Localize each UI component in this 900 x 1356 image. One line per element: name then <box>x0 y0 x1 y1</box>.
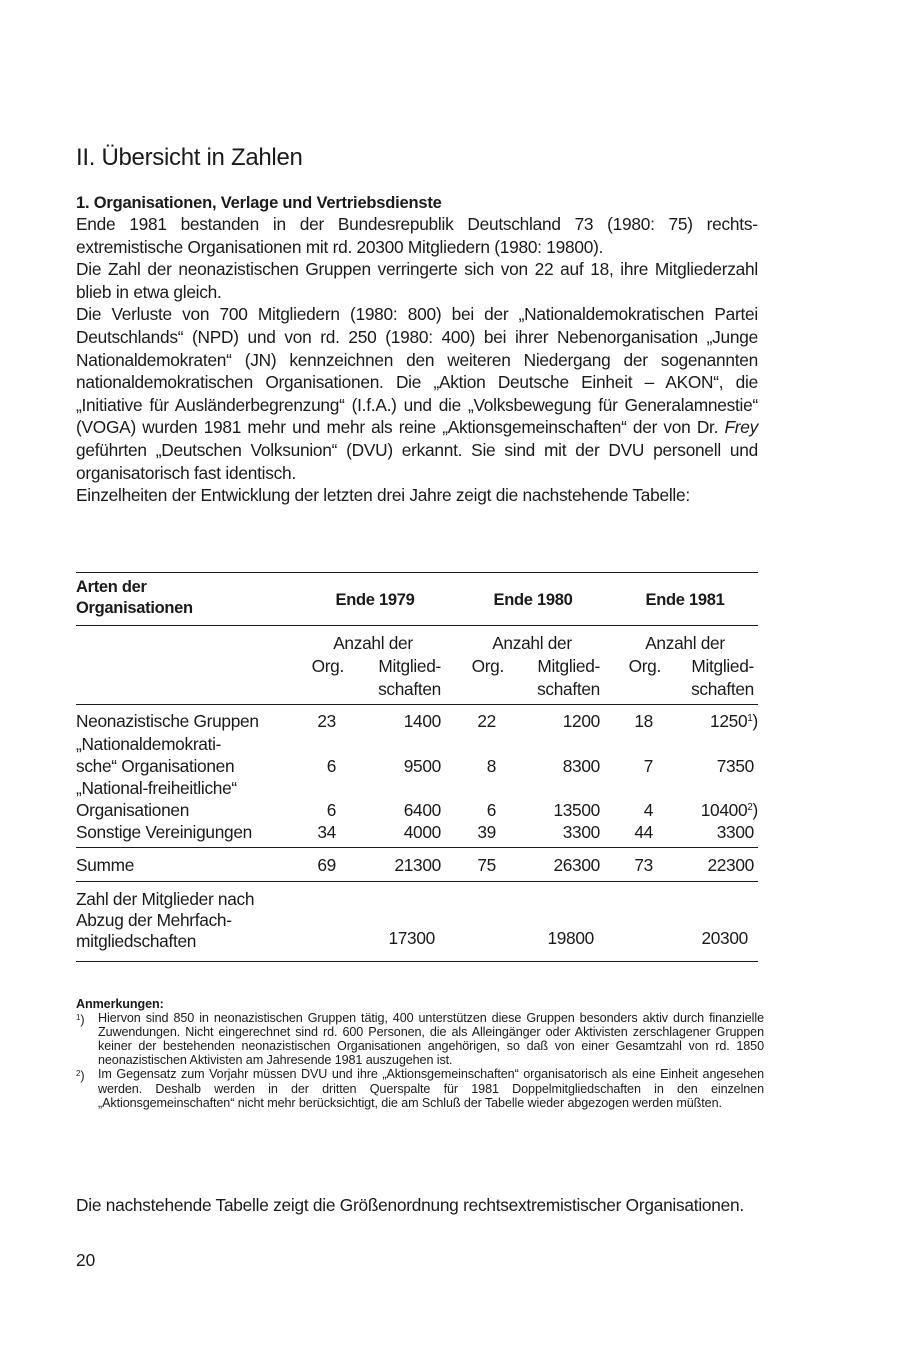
person-name: Frey <box>724 417 758 437</box>
row-label: Organisationen <box>76 799 189 821</box>
row-label: Zahl der Mitglieder nach <box>76 888 254 910</box>
section-title: 1. Organisationen, Verlage und Vertriebs… <box>76 194 442 213</box>
org-count: 34 <box>216 821 336 843</box>
footnote-ref: 2 <box>747 802 752 813</box>
member-count: 104002) <box>638 799 758 821</box>
member-count: 3300 <box>634 821 754 843</box>
row-label: „Nationaldemokrati- <box>76 733 221 755</box>
subheader-group: Anzahl der <box>452 632 612 654</box>
row-label: mitgliedschaften <box>76 930 196 952</box>
org-count: 6 <box>376 799 496 821</box>
table-rule-body <box>76 847 758 848</box>
member-count: 17300 <box>315 927 435 949</box>
intro-text: Ende 1981 bestanden in der Bundesrepubli… <box>76 213 758 507</box>
org-count: 6 <box>216 799 336 821</box>
outro-text: Die nachstehende Tabelle zeigt die Größe… <box>76 1194 758 1217</box>
table-row-header-label: Arten der Organisationen <box>76 577 193 619</box>
subheader-group: Anzahl der <box>293 632 453 654</box>
org-count: 39 <box>376 821 496 843</box>
footnote-mark: 2) <box>76 1067 84 1083</box>
org-count: 4 <box>533 799 653 821</box>
paragraph: Die Zahl der neonazistischen Gruppen ver… <box>76 258 758 303</box>
footnote-ref: 1 <box>747 713 752 724</box>
year-header-1979: Ende 1979 <box>310 589 440 611</box>
member-count: 20300 <box>628 927 748 949</box>
paragraph: Die Verluste von 700 Mitgliedern (1980: … <box>76 303 758 484</box>
header-line: Organisationen <box>76 598 193 619</box>
table-rule-top <box>76 572 758 573</box>
subheader-members: schaften <box>480 678 600 700</box>
org-count: 8 <box>376 755 496 777</box>
member-count: 19800 <box>474 927 594 949</box>
paragraph: Die nachstehende Tabelle zeigt die Größe… <box>76 1194 758 1217</box>
member-count: 12501) <box>638 710 758 732</box>
row-label: Summe <box>76 854 134 876</box>
org-count: 18 <box>533 710 653 732</box>
footnote-list: 1)Hiervon sind 850 in neonazistischen Gr… <box>76 1011 764 1110</box>
member-count: 7350 <box>634 755 754 777</box>
row-label: Abzug der Mehrfach- <box>76 909 232 931</box>
table-rule-header <box>76 625 758 626</box>
footnote-mark: 1) <box>76 1011 84 1027</box>
footnotes-heading: Anmerkungen: <box>76 997 764 1011</box>
footnote-text: Hiervon sind 850 in neonazistischen Grup… <box>98 1011 764 1067</box>
org-count: 6 <box>216 755 336 777</box>
org-count: 22 <box>376 710 496 732</box>
paragraph: Ende 1981 bestanden in der Bundesrepubli… <box>76 213 758 258</box>
header-line: Arten der <box>76 577 193 598</box>
chapter-title: II. Übersicht in Zahlen <box>76 144 303 172</box>
year-header-1981: Ende 1981 <box>620 589 750 611</box>
year-header-1980: Ende 1980 <box>468 589 598 611</box>
paragraph: Einzelheiten der Entwicklung der letzten… <box>76 484 758 507</box>
table-rule-bottom <box>76 961 758 962</box>
row-label: „National-freiheitliche“ <box>76 777 237 799</box>
footnote: 2)Im Gegensatz zum Vorjahr müssen DVU un… <box>76 1067 764 1109</box>
table-rule-subheader <box>76 704 758 705</box>
subheader-members: schaften <box>321 678 441 700</box>
subheader-group: Anzahl der <box>605 632 765 654</box>
table-rule-sum <box>76 881 758 882</box>
footnote: 1)Hiervon sind 850 in neonazistischen Gr… <box>76 1011 764 1067</box>
org-count: 75 <box>376 854 496 876</box>
footnotes: Anmerkungen: 1)Hiervon sind 850 in neona… <box>76 997 764 1110</box>
footnote-text: Im Gegensatz zum Vorjahr müssen DVU und … <box>98 1067 764 1109</box>
subheader-members: Mitglied- <box>634 655 754 677</box>
row-label: sche“ Organisationen <box>76 755 234 777</box>
member-count: 22300 <box>634 854 754 876</box>
org-count: 23 <box>216 710 336 732</box>
subheader-members: schaften <box>634 678 754 700</box>
page-number: 20 <box>76 1250 95 1271</box>
org-count: 69 <box>216 854 336 876</box>
